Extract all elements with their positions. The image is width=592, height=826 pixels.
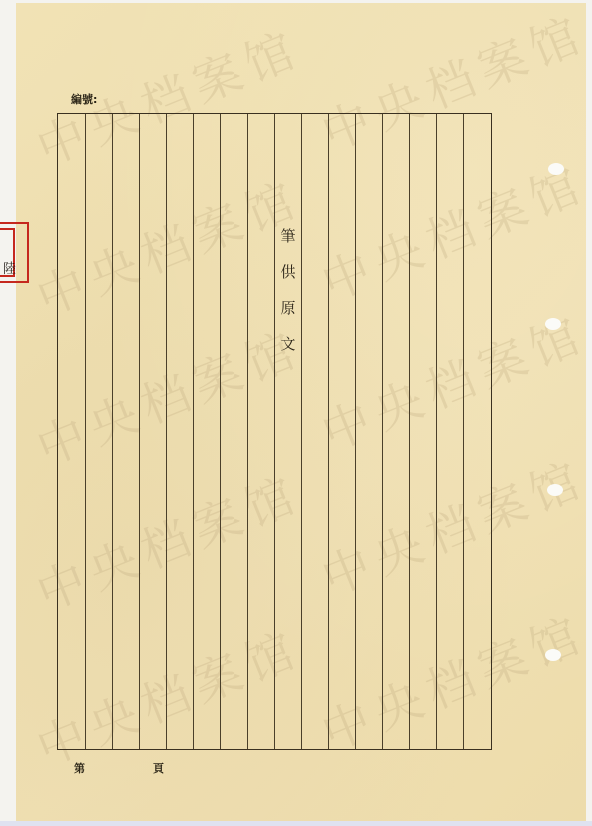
manuscript-grid bbox=[57, 113, 492, 750]
page-bottom-edge bbox=[0, 821, 592, 826]
grid-column-line bbox=[463, 114, 464, 749]
punch-hole bbox=[545, 318, 561, 330]
page-suffix-label: 頁 bbox=[153, 760, 164, 776]
grid-column-line bbox=[112, 114, 113, 749]
grid-column-line bbox=[166, 114, 167, 749]
grid-column-line bbox=[139, 114, 140, 749]
grid-column-line bbox=[274, 114, 275, 749]
grid-column-line bbox=[409, 114, 410, 749]
serial-number-label: 編號: bbox=[71, 91, 97, 107]
grid-column-line bbox=[382, 114, 383, 749]
grid-column-line bbox=[85, 114, 86, 749]
body-character: 供 bbox=[277, 254, 299, 290]
grid-column-line bbox=[436, 114, 437, 749]
grid-column-line bbox=[301, 114, 302, 749]
grid-column-line bbox=[220, 114, 221, 749]
grid-column-line bbox=[355, 114, 356, 749]
body-character: 文 bbox=[277, 326, 299, 362]
body-character: 筆 bbox=[277, 218, 299, 254]
body-character: 原 bbox=[277, 290, 299, 326]
punch-hole bbox=[545, 649, 561, 661]
page-prefix-label: 第 bbox=[74, 760, 85, 776]
grid-column-line bbox=[247, 114, 248, 749]
punch-hole bbox=[548, 163, 564, 175]
grid-column-line bbox=[328, 114, 329, 749]
grid-column-line bbox=[193, 114, 194, 749]
body-text: 筆供原文 bbox=[277, 218, 299, 362]
red-seal-stamp: 陸 bbox=[0, 222, 29, 283]
punch-hole bbox=[547, 484, 563, 496]
stamp-character: 陸 bbox=[3, 258, 16, 277]
